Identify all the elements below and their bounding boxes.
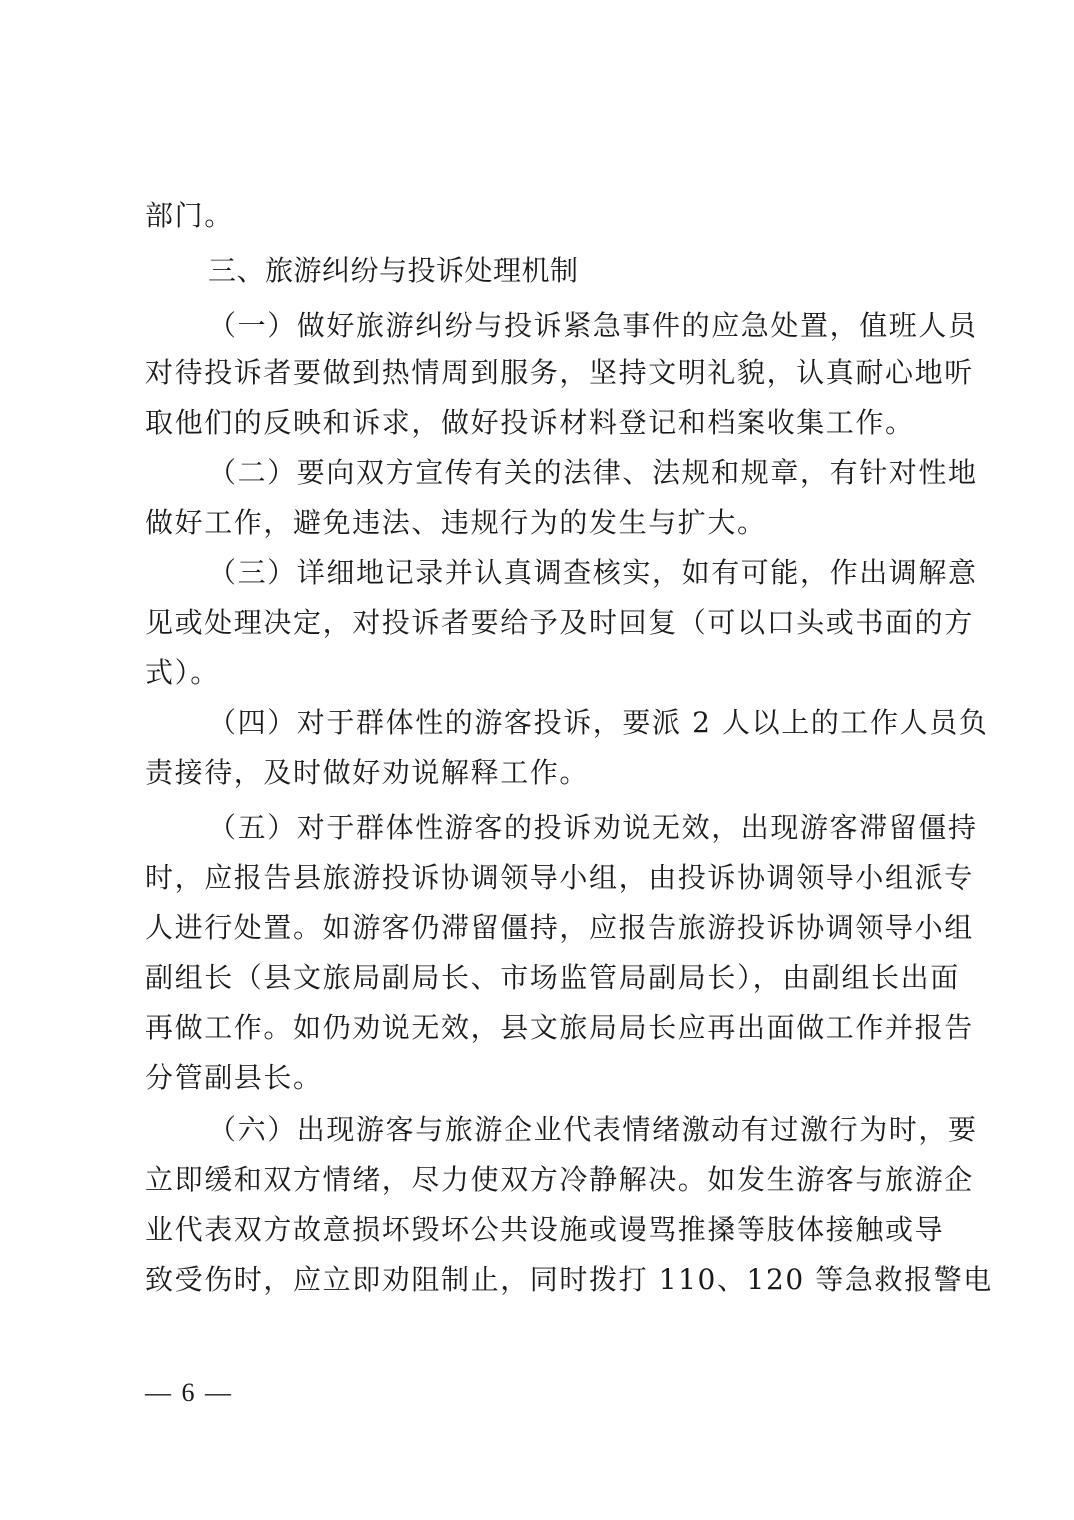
text-line: 业代表双方故意损坏毁坏公共设施或谩骂推搡等肢体接触或导 [145,1212,940,1248]
section-heading: 三、旅游纠纷与投诉处理机制 [208,253,940,289]
text-line: 取他们的反映和诉求，做好投诉材料登记和档案收集工作。 [145,405,940,441]
text-line: 做好工作，避免违法、违规行为的发生与扩大。 [145,505,940,541]
text-line: （六）出现游客与旅游企业代表情绪激动有过激行为时，要 [208,1112,940,1148]
text-line: 式）。 [145,655,940,691]
text-line: 部门。 [145,198,940,234]
text-line: 立即缓和双方情绪，尽力使双方冷静解决。如发生游客与旅游企 [145,1162,940,1198]
text-line: 副组长（县文旅局副局长、市场监管局副局长），由副组长出面 [145,960,940,996]
text-line: 时，应报告县旅游投诉协调领导小组，由投诉协调领导小组派专 [145,860,940,896]
text-line: （四）对于群体性的游客投诉，要派 2 人以上的工作人员负 [208,705,940,741]
text-line: （五）对于群体性游客的投诉劝说无效，出现游客滞留僵持 [208,810,940,846]
text-line: 见或处理决定，对投诉者要给予及时回复（可以口头或书面的方 [145,605,940,641]
text-line: （一）做好旅游纠纷与投诉紧急事件的应急处置，值班人员 [208,308,940,344]
text-line: 再做工作。如仍劝说无效，县文旅局局长应再出面做工作并报告 [145,1010,940,1046]
text-line: （三）详细地记录并认真调查核实，如有可能，作出调解意 [208,555,940,591]
document-page: 部门。三、旅游纠纷与投诉处理机制（一）做好旅游纠纷与投诉紧急事件的应急处置，值班… [0,0,1074,1520]
text-line: 对待投诉者要做到热情周到服务，坚持文明礼貌，认真耐心地听 [145,355,940,391]
page-number: — 6 — [145,1375,233,1411]
text-line: （二）要向双方宣传有关的法律、法规和规章，有针对性地 [208,455,940,491]
text-line: 人进行处置。如游客仍滞留僵持，应报告旅游投诉协调领导小组 [145,910,940,946]
text-line: 致受伤时，应立即劝阻制止，同时拨打 110、120 等急救报警电 [145,1262,940,1298]
text-line: 责接待，及时做好劝说解释工作。 [145,755,940,791]
text-line: 分管副县长。 [145,1060,940,1096]
